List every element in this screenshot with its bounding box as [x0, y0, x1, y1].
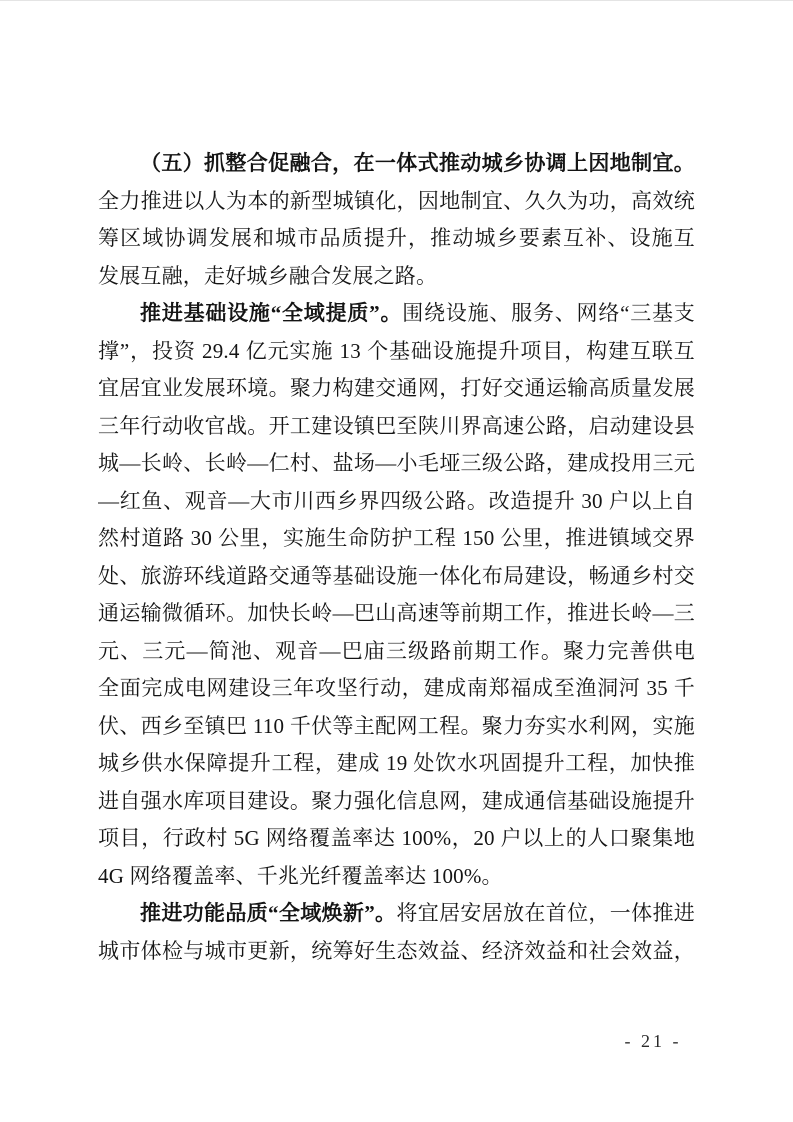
text-line: 宜居宜业发展环境。聚力构建交通网，打好交通运输高质量发展 — [98, 370, 695, 408]
text-line: —红鱼、观音—大市川西乡界四级公路。改造提升 30 户以上自 — [98, 483, 695, 521]
body-run: —红鱼、观音—大市川西乡界四级公路。改造提升 30 户以上自 — [98, 489, 695, 513]
text-line: 元、三元—简池、观音—巴庙三级路前期工作。聚力完善供电网， — [98, 633, 695, 671]
body-run: 城乡供水保障提升工程，建成 19 处饮水巩固提升工程，加快推 — [98, 751, 695, 775]
text-line: 项目，行政村 5G 网络覆盖率达 100%，20 户以上的人口聚集地 — [98, 820, 695, 858]
body-run: 4G 网络覆盖率、千兆光纤覆盖率达 100%。 — [98, 864, 503, 888]
text-line: 通运输微循环。加快长岭—巴山高速等前期工作，推进长岭—三 — [98, 595, 695, 633]
page-top-edge — [0, 0, 793, 1]
body-run: 伏、西乡至镇巴 110 千伏等主配网工程。聚力夯实水利网，实施 — [98, 714, 695, 738]
body-run: 全力推进以人为本的新型城镇化，因地制宜、久久为功，高效统 — [98, 189, 695, 213]
text-line: 推进基础设施“全域提质”。围绕设施、服务、网络“三基支 — [98, 295, 695, 333]
text-line: 推进功能品质“全域焕新”。将宜居安居放在首位，一体推进 — [98, 895, 695, 933]
text-line: 城乡供水保障提升工程，建成 19 处饮水巩固提升工程，加快推 — [98, 745, 695, 783]
text-line: 4G 网络覆盖率、千兆光纤覆盖率达 100%。 — [98, 858, 695, 896]
text-line: 筹区域协调发展和城市品质提升，推动城乡要素互补、设施互通、 — [98, 220, 695, 258]
body-run: 发展互融，走好城乡融合发展之路。 — [98, 264, 437, 288]
body-run: 将宜居安居放在首位，一体推进 — [396, 901, 695, 925]
body-run: 城—长岭、长岭—仁村、盐场—小毛垭三级公路，建成投用三元 — [98, 451, 695, 475]
body-run: 然村道路 30 公里，实施生命防护工程 150 公里，推进镇域交界 — [98, 526, 695, 550]
body-run: 进自强水库项目建设。聚力强化信息网，建成通信基础设施提升 — [98, 789, 695, 813]
body-run: 项目，行政村 5G 网络覆盖率达 100%，20 户以上的人口聚集地 — [98, 826, 695, 850]
heading-run: 推进基础设施“全域提质”。 — [140, 301, 402, 325]
text-line: 全力推进以人为本的新型城镇化，因地制宜、久久为功，高效统 — [98, 183, 695, 221]
text-line: 三年行动收官战。开工建设镇巴至陕川界高速公路，启动建设县 — [98, 408, 695, 446]
heading-run: 推进功能品质“全域焕新”。 — [140, 901, 396, 925]
body-run: 撑”，投资 29.4 亿元实施 13 个基础设施提升项目，构建互联互通、 — [98, 339, 695, 371]
text-line: 撑”，投资 29.4 亿元实施 13 个基础设施提升项目，构建互联互通、 — [98, 333, 695, 371]
page-number: - 21 - — [613, 1031, 693, 1052]
text-line: 然村道路 30 公里，实施生命防护工程 150 公里，推进镇域交界 — [98, 520, 695, 558]
document-page: （五）抓整合促融合，在一体式推动城乡协调上因地制宜。全力推进以人为本的新型城镇化… — [0, 0, 793, 1122]
body-run: 处、旅游环线道路交通等基础设施一体化布局建设，畅通乡村交 — [98, 564, 695, 588]
body-run: 围绕设施、服务、网络“三基支 — [402, 301, 695, 325]
text-line: 伏、西乡至镇巴 110 千伏等主配网工程。聚力夯实水利网，实施 — [98, 708, 695, 746]
text-line: 处、旅游环线道路交通等基础设施一体化布局建设，畅通乡村交 — [98, 558, 695, 596]
heading-run: （五）抓整合促融合，在一体式推动城乡协调上因地制宜。 — [140, 151, 695, 175]
text-line: 城—长岭、长岭—仁村、盐场—小毛垭三级公路，建成投用三元 — [98, 445, 695, 483]
body-run: 宜居宜业发展环境。聚力构建交通网，打好交通运输高质量发展 — [98, 376, 695, 400]
text-line: （五）抓整合促融合，在一体式推动城乡协调上因地制宜。 — [98, 145, 695, 183]
body-run: 通运输微循环。加快长岭—巴山高速等前期工作，推进长岭—三 — [98, 601, 695, 625]
body-run: 城市体检与城市更新，统筹好生态效益、经济效益和社会效益， — [98, 939, 695, 963]
body-run: 三年行动收官战。开工建设镇巴至陕川界高速公路，启动建设县 — [98, 414, 695, 438]
body-run: 全面完成电网建设三年攻坚行动，建成南郑福成至渔洞河 35 千 — [98, 676, 695, 700]
text-line: 全面完成电网建设三年攻坚行动，建成南郑福成至渔洞河 35 千 — [98, 670, 695, 708]
text-line: 进自强水库项目建设。聚力强化信息网，建成通信基础设施提升 — [98, 783, 695, 821]
text-block: （五）抓整合促融合，在一体式推动城乡协调上因地制宜。全力推进以人为本的新型城镇化… — [98, 145, 695, 970]
body-run: 元、三元—简池、观音—巴庙三级路前期工作。聚力完善供电网， — [98, 639, 695, 671]
body-run: 筹区域协调发展和城市品质提升，推动城乡要素互补、设施互通、 — [98, 226, 695, 258]
text-line: 发展互融，走好城乡融合发展之路。 — [98, 258, 695, 296]
text-line: 城市体检与城市更新，统筹好生态效益、经济效益和社会效益， — [98, 933, 695, 971]
